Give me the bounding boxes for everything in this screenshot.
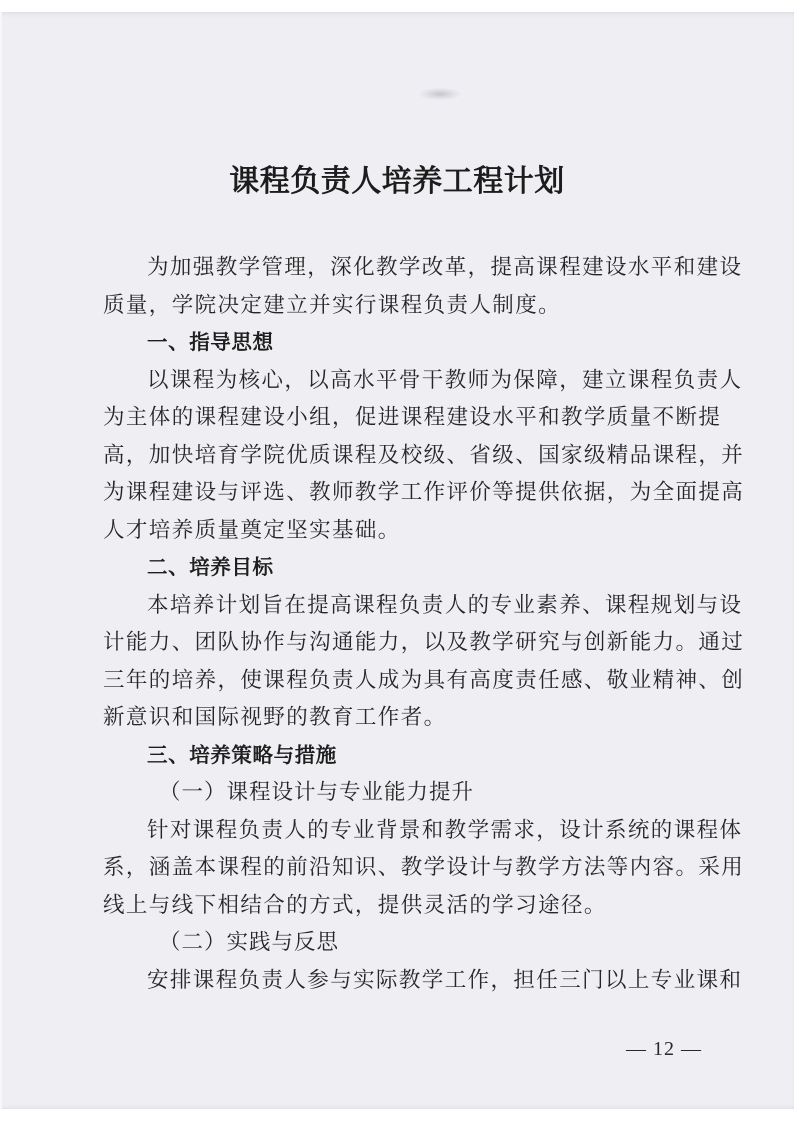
section-strategies-measures: 三、培养策略与措施 （一）课程设计与专业能力提升 针对课程负责人的专业背景和教学… (103, 737, 691, 1000)
paragraph-line: 三年的培养，使课程负责人成为具有高度责任感、敬业精神、创 (103, 662, 691, 700)
section-training-goals: 二、培养目标 本培养计划旨在提高课程负责人的专业素养、课程规划与设 计能力、团队… (103, 549, 691, 737)
paragraph-line: 本培养计划旨在提高课程负责人的专业素养、课程规划与设 (103, 587, 691, 625)
paragraph-line: 计能力、团队协作与沟通能力，以及教学研究与创新能力。通过 (103, 624, 691, 662)
paragraph-line: 针对课程负责人的专业背景和教学需求，设计系统的课程体 (103, 812, 691, 850)
document-body: 为加强教学管理，深化教学改革，提高课程建设水平和建设 质量，学院决定建立并实行课… (103, 249, 691, 999)
scan-smudge-mark (420, 88, 460, 100)
paragraph-line: 以课程为核心，以高水平骨干教师为保障，建立课程负责人 (103, 362, 691, 400)
paragraph-line: 为加强教学管理，深化教学改革，提高课程建设水平和建设 (103, 249, 691, 287)
section-heading: 一、指导思想 (103, 324, 691, 362)
section-heading: 三、培养策略与措施 (103, 737, 691, 775)
page-number: — 12 — (626, 1038, 702, 1061)
document-title: 课程负责人培养工程计划 (0, 162, 794, 202)
paragraph-line: 线上与线下相结合的方式，提供灵活的学习途径。 (103, 887, 691, 925)
paragraph-line: 新意识和国际视野的教育工作者。 (103, 699, 691, 737)
subsection-heading: （二）实践与反思 (103, 924, 691, 962)
subsection-heading: （一）课程设计与专业能力提升 (103, 774, 691, 812)
paragraph-line: 为课程建设与评选、教师教学工作评价等提供依据，为全面提高 (103, 474, 691, 512)
subsection-course-design: （一）课程设计与专业能力提升 针对课程负责人的专业背景和教学需求，设计系统的课程… (103, 774, 691, 924)
section-heading: 二、培养目标 (103, 549, 691, 587)
paragraph-line: 高，加快培育学院优质课程及校级、省级、国家级精品课程，并 (103, 437, 691, 475)
paragraph-line: 安排课程负责人参与实际教学工作，担任三门以上专业课和 (103, 962, 691, 1000)
paragraph-line: 为主体的课程建设小组，促进课程建设水平和教学质量不断提 (103, 399, 691, 437)
paragraph-line: 质量，学院决定建立并实行课程负责人制度。 (103, 287, 691, 325)
subsection-practice-reflection: （二）实践与反思 安排课程负责人参与实际教学工作，担任三门以上专业课和 (103, 924, 691, 999)
section-guiding-ideology: 一、指导思想 以课程为核心，以高水平骨干教师为保障，建立课程负责人 为主体的课程… (103, 324, 691, 549)
scanned-page: 课程负责人培养工程计划 为加强教学管理，深化教学改革，提高课程建设水平和建设 质… (0, 12, 794, 1109)
paragraph-line: 人才培养质量奠定坚实基础。 (103, 512, 691, 550)
intro-paragraph: 为加强教学管理，深化教学改革，提高课程建设水平和建设 质量，学院决定建立并实行课… (103, 249, 691, 324)
paragraph-line: 系，涵盖本课程的前沿知识、教学设计与教学方法等内容。采用 (103, 849, 691, 887)
